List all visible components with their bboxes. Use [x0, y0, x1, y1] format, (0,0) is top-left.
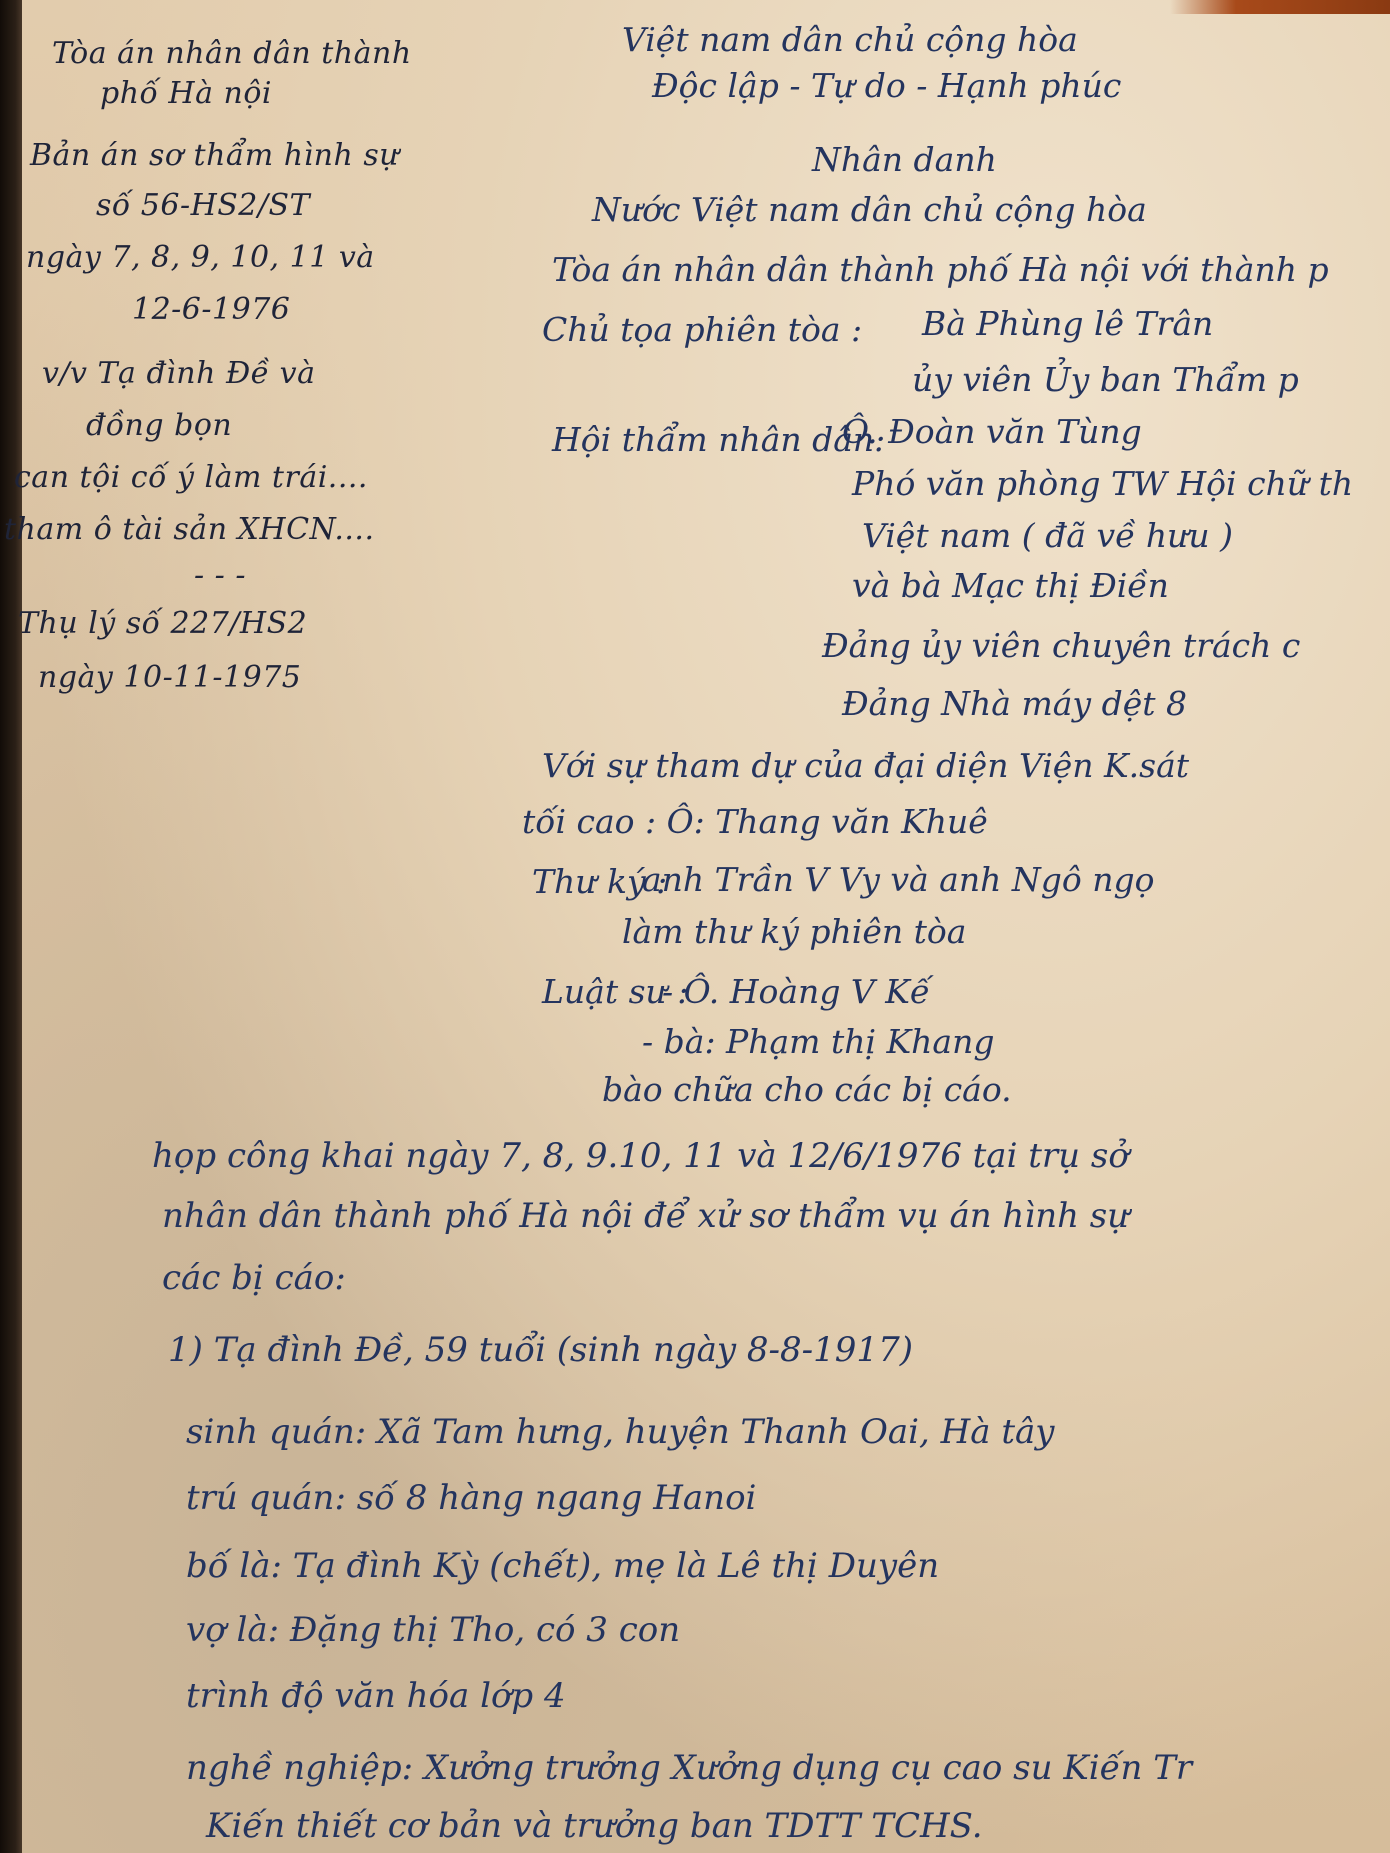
defendant-1-education: trình độ văn hóa lớp 4 — [186, 1676, 566, 1716]
nation-title: Việt nam dân chủ cộng hòa — [622, 20, 1078, 59]
presiding-judge-label: Chủ tọa phiên tòa : — [542, 310, 862, 349]
judgment-title-1: Bản án sơ thẩm hình sự — [30, 138, 399, 173]
in-name-of: Nhân danh — [812, 140, 997, 179]
prosecutor-intro: Với sự tham dự của đại diện Viện K.sát — [542, 746, 1189, 785]
assessors-label: Hội thẩm nhân dân: — [552, 420, 885, 459]
session-line-1: họp công khai ngày 7, 8, 9.10, 11 và 12/… — [152, 1136, 1129, 1176]
lawyer-1: - Ô. Hoàng V Kế — [662, 972, 930, 1011]
session-line-2: nhân dân thành phố Hà nội để xử sơ thẩm … — [162, 1196, 1129, 1236]
defendant-1-name: 1) Tạ đình Đề, 59 tuổi (sinh ngày 8-8-19… — [168, 1330, 913, 1370]
defendant-1-occupation-2: Kiến thiết cơ bản và trưởng ban TDTT TCH… — [206, 1806, 983, 1846]
assessor-1: Ô. Đoàn văn Tùng — [842, 412, 1142, 451]
case-subject-2: đồng bọn — [86, 408, 232, 443]
assessor-2-title-1: Đảng ủy viên chuyên trách c — [822, 626, 1300, 665]
defendant-1-residence: trú quán: số 8 hàng ngang Hanoi — [186, 1478, 756, 1518]
clerk-role: làm thư ký phiên tòa — [622, 912, 966, 951]
national-motto: Độc lập - Tự do - Hạnh phúc — [652, 66, 1121, 105]
judgment-dates-1: ngày 7, 8, 9, 10, 11 và — [26, 240, 375, 275]
defendant-1-parents: bố là: Tạ đình Kỳ (chết), mẹ là Lê thị D… — [186, 1546, 939, 1586]
case-subject-3: can tội cố ý làm trái.... — [14, 460, 368, 495]
court-line: Tòa án nhân dân thành phố Hà nội với thà… — [552, 250, 1329, 289]
session-line-3: các bị cáo: — [162, 1258, 346, 1298]
defendant-1-birthplace: sinh quán: Xã Tam hưng, huyện Thanh Oai,… — [186, 1412, 1055, 1452]
assessor-2: và bà Mạc thị Điền — [852, 566, 1169, 605]
lawyer-2: - bà: Phạm thị Khang — [642, 1022, 994, 1061]
defendant-1-spouse: vợ là: Đặng thị Tho, có 3 con — [186, 1610, 680, 1650]
court-name-1: Tòa án nhân dân thành — [52, 36, 412, 71]
assessor-2-title-2: Đảng Nhà máy dệt 8 — [842, 684, 1187, 723]
case-subject-4: tham ô tài sản XHCN.... — [4, 512, 375, 547]
assessor-1-title-1: Phó văn phòng TW Hội chữ th — [852, 464, 1353, 503]
assessor-1-title-2: Việt nam ( đã về hưu ) — [862, 516, 1233, 555]
state-name: Nước Việt nam dân chủ cộng hòa — [592, 190, 1147, 229]
lawyers-role: bào chữa cho các bị cáo. — [602, 1070, 1012, 1109]
defendant-1-occupation-1: nghề nghiệp: Xưởng trưởng Xưởng dụng cụ … — [186, 1748, 1192, 1788]
document-page: Tòa án nhân dân thành phố Hà nội Bản án … — [22, 0, 1390, 1853]
torn-corner — [1170, 0, 1390, 14]
prosecutor: tối cao : Ô: Thang văn Khuê — [522, 802, 988, 841]
presiding-judge-title: ủy viên Ủy ban Thẩm p — [912, 360, 1299, 399]
presiding-judge: Bà Phùng lê Trân — [922, 304, 1213, 343]
judgment-dates-2: 12-6-1976 — [132, 292, 290, 327]
judgment-number: số 56-HS2/ST — [96, 188, 310, 223]
clerk-names: anh Trần V Vy và anh Ngô ngọ — [642, 860, 1154, 899]
case-subject-1: v/v Tạ đình Đề và — [42, 356, 316, 391]
court-name-2: phố Hà nội — [100, 76, 272, 111]
filing-date: ngày 10-11-1975 — [38, 660, 301, 695]
separator: - - - — [194, 558, 246, 593]
filing-number: Thụ lý số 227/HS2 — [18, 606, 307, 641]
